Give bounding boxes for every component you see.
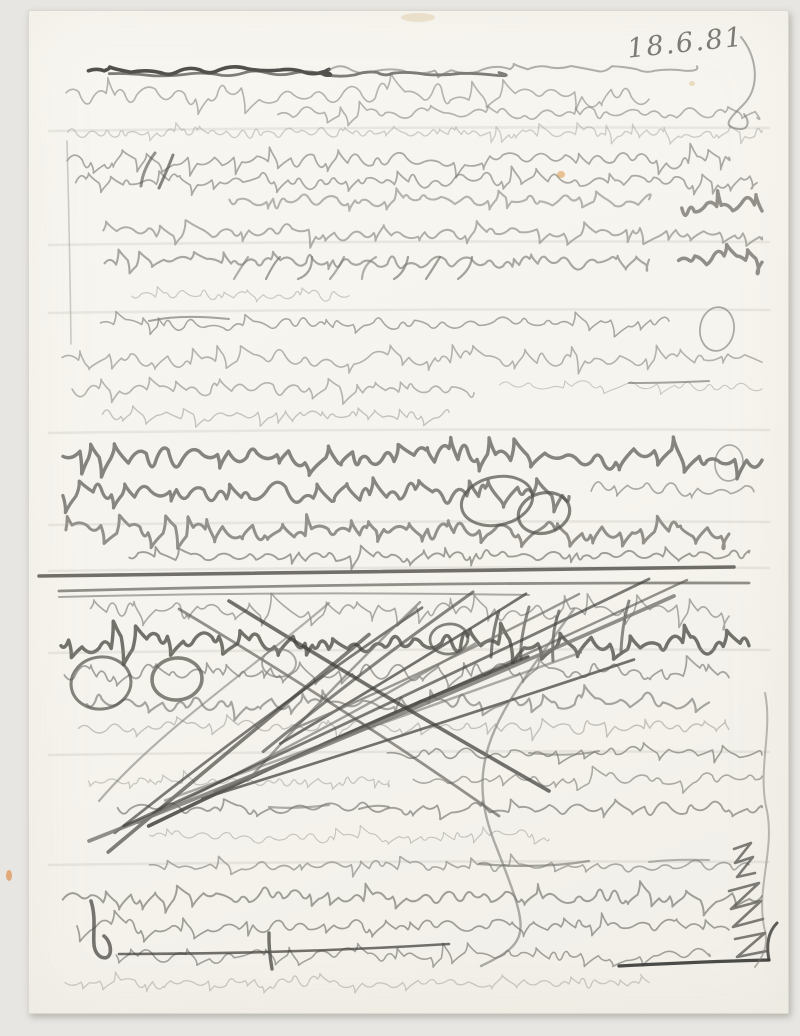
scan-background: 18.6.81 (0, 0, 800, 1036)
paper-sheet: 18.6.81 (28, 10, 789, 1014)
edge-stain (6, 870, 12, 881)
handwriting-scribbles (29, 11, 788, 1013)
